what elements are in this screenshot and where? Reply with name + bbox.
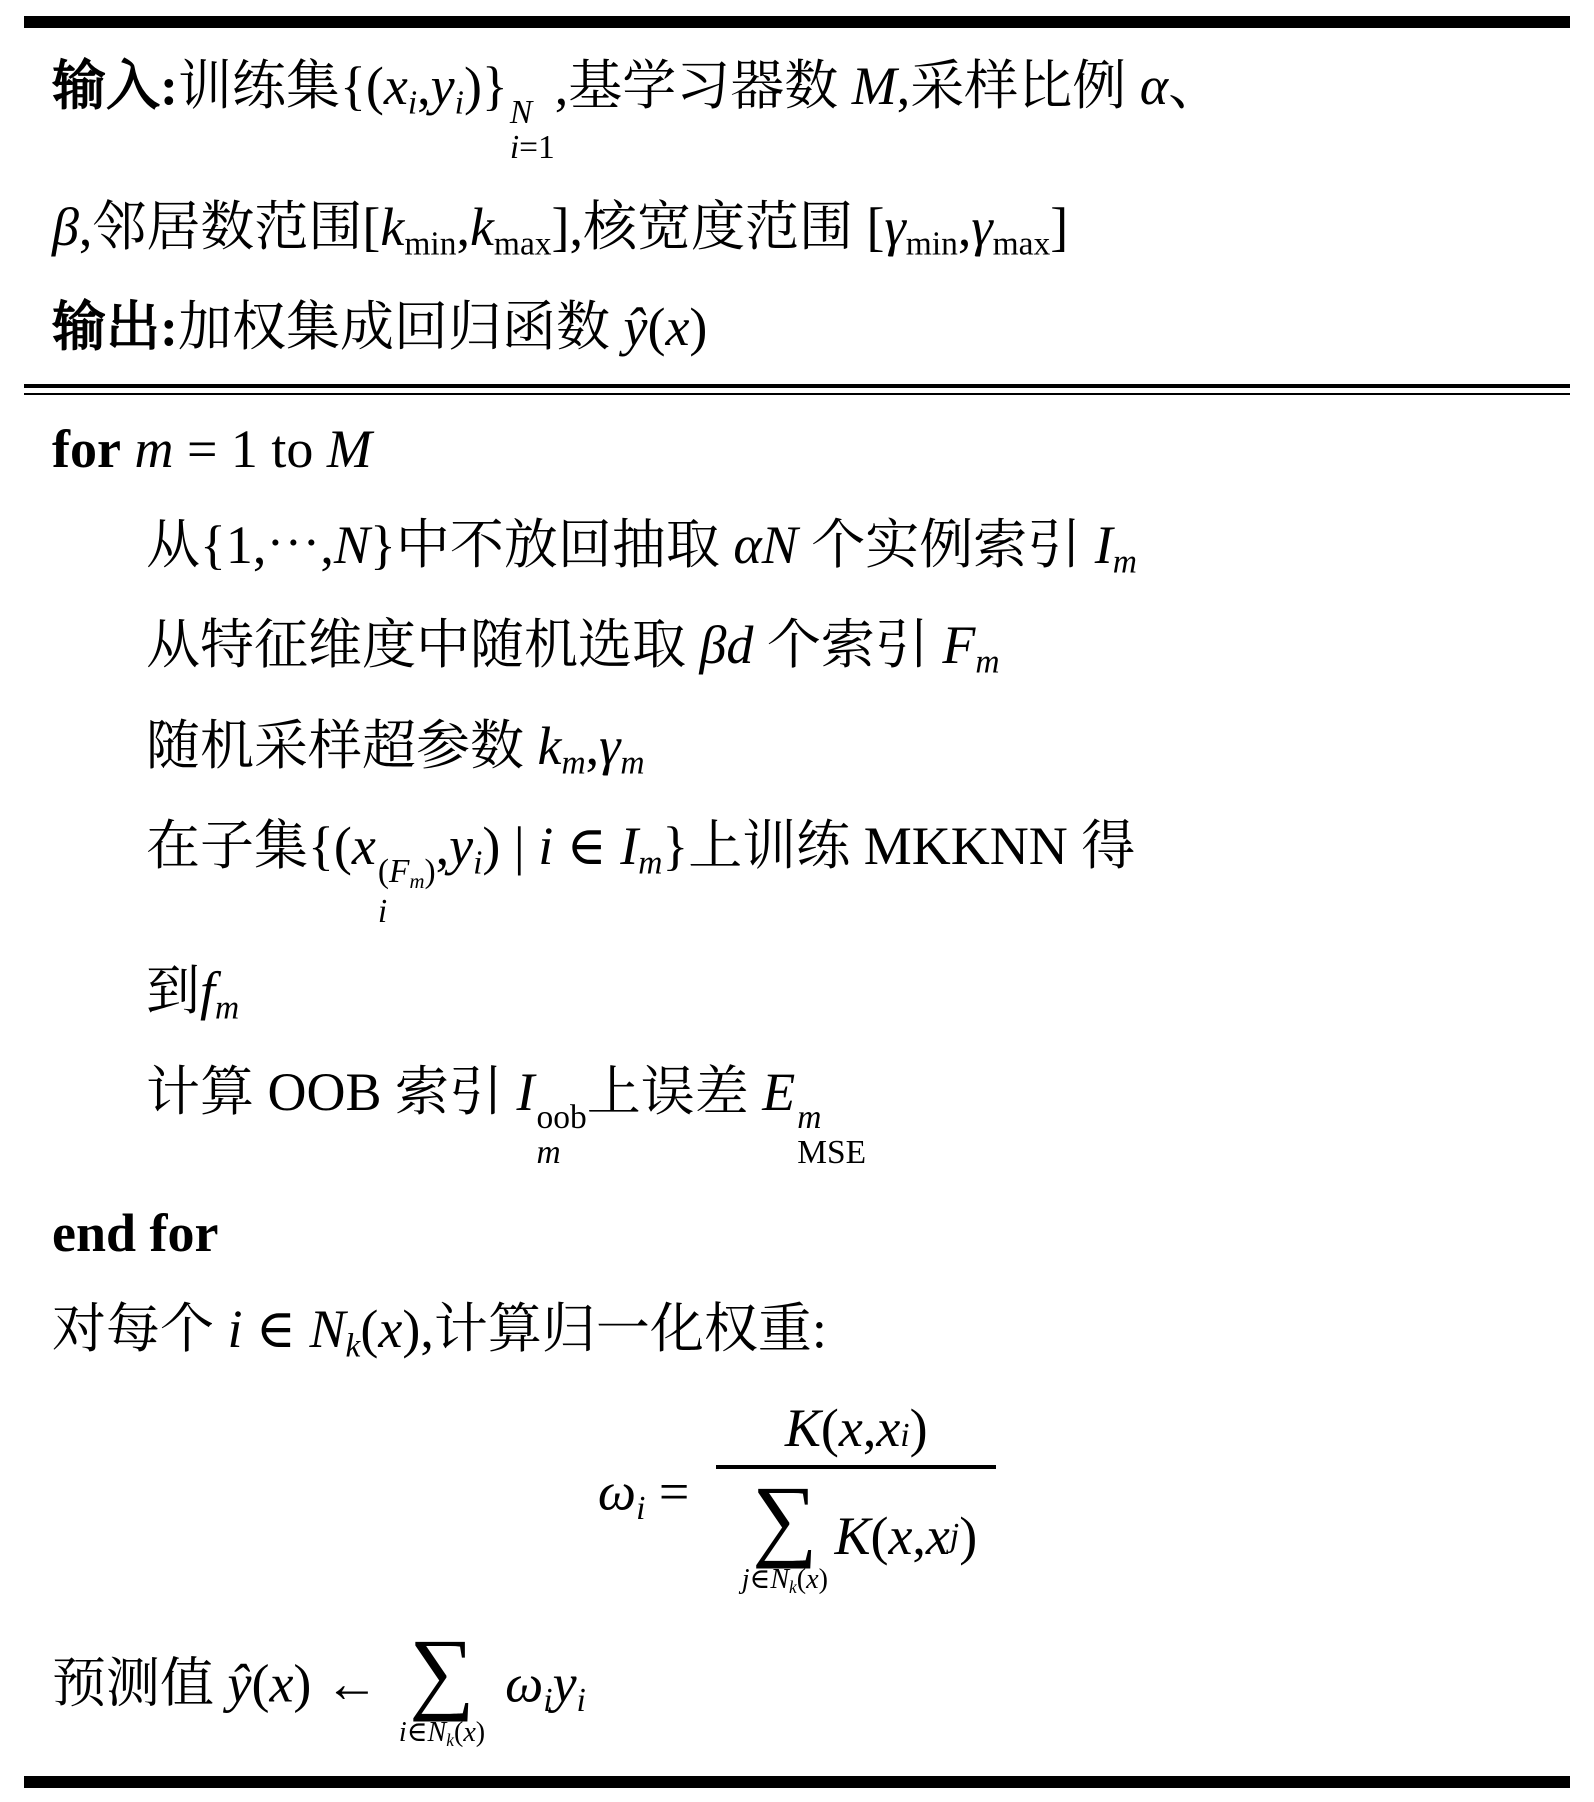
- math-token: i: [228, 1299, 243, 1359]
- math-token: x: [665, 297, 689, 357]
- superscript: (Fm): [378, 854, 436, 894]
- math-token: x: [926, 1505, 950, 1567]
- math-token: (: [251, 1653, 269, 1713]
- algo-sample-hyperparams-line: 随机采样超参数 km,γm: [24, 704, 1570, 794]
- math-token: k: [446, 1730, 454, 1750]
- math-token: ,: [586, 716, 600, 776]
- fraction-denominator: ∑j∈Nk(x) K(x,xj): [716, 1465, 996, 1598]
- script-stack: mMSE: [797, 1100, 866, 1170]
- math-token: γ: [885, 197, 906, 257]
- math-token: end for: [52, 1203, 218, 1263]
- math-token: 随机采样超参数: [146, 716, 538, 776]
- math-token: =: [645, 1462, 702, 1522]
- math-token: MSE: [797, 1134, 866, 1171]
- algorithm-box: 输入:训练集{(xi,yi)}Ni=1,基学习器数 M,采样比例 α、 β,邻居…: [0, 0, 1594, 1802]
- math-token: N: [334, 515, 370, 575]
- math-token: ∈: [750, 1564, 771, 1595]
- superscript: m: [797, 1100, 821, 1135]
- math-token: x: [352, 816, 376, 876]
- math-token: ,: [417, 56, 431, 116]
- math-token: m: [975, 644, 999, 681]
- math-token: ): [689, 297, 707, 357]
- superscript: N: [510, 95, 532, 130]
- math-token: α: [1140, 56, 1168, 116]
- algo-train-line: 在子集{(x(Fm)i,yi) | i ∈ Im}上训练 MKKNN 得: [24, 804, 1570, 939]
- math-token: k: [380, 197, 404, 257]
- math-token: min: [906, 225, 958, 262]
- algorithm-content: 输入:训练集{(xi,yi)}Ni=1,基学习器数 M,采样比例 α、 β,邻居…: [24, 28, 1570, 1776]
- math-token: k: [789, 1577, 797, 1597]
- math-token: [492, 1653, 506, 1713]
- summation-limits: i∈Nk(x): [399, 1717, 485, 1750]
- math-token: ): [910, 1397, 928, 1459]
- math-token: f: [200, 961, 215, 1021]
- math-token: 上误差: [587, 1062, 763, 1122]
- math-token: }上训练 MKKNN 得: [662, 816, 1135, 876]
- math-token: i: [455, 85, 464, 122]
- math-token: )}: [464, 56, 508, 116]
- math-token: ŷ: [228, 1653, 252, 1713]
- math-token: (: [378, 853, 389, 890]
- math-token: i: [900, 1417, 909, 1456]
- math-token: N: [510, 94, 532, 131]
- math-token: ) |: [482, 816, 538, 876]
- math-token: i: [543, 1681, 552, 1718]
- math-token: 加权集成回归函数: [178, 297, 624, 357]
- algo-weights-line: 对每个 i ∈ Nk(x),计算归一化权重:: [24, 1287, 1570, 1377]
- math-token: k: [538, 716, 562, 776]
- math-token: [121, 419, 135, 479]
- math-token: x: [839, 1397, 863, 1459]
- subscript: i=1: [510, 130, 555, 165]
- math-token: m: [1113, 543, 1137, 580]
- math-token: ,: [912, 1505, 926, 1567]
- math-token: ,邻居数范围[: [79, 197, 380, 257]
- math-token: 对每个: [52, 1299, 228, 1359]
- math-token: ],核宽度范围 [: [552, 197, 885, 257]
- math-token: m: [409, 871, 424, 893]
- math-token: ω: [505, 1653, 543, 1713]
- algo-train-line-cont: 到fm: [24, 949, 1570, 1039]
- math-token: oob: [537, 1099, 587, 1136]
- math-token: ω: [598, 1462, 636, 1522]
- math-token: =1: [519, 129, 555, 166]
- script-stack: oobm: [537, 1100, 587, 1170]
- math-token: x: [876, 1397, 900, 1459]
- math-token: K: [834, 1505, 870, 1567]
- math-token: j: [742, 1564, 750, 1595]
- math-token: ,: [863, 1397, 877, 1459]
- math-token: ∈: [553, 816, 620, 876]
- math-token: max: [993, 225, 1051, 262]
- math-token: m: [638, 844, 662, 881]
- top-rule: [24, 16, 1570, 28]
- math-token: 计算 OOB 索引: [146, 1062, 517, 1122]
- math-token: 从特征维度中随机选取: [146, 615, 700, 675]
- math-token: ,采样比例: [897, 56, 1140, 116]
- math-token: i: [399, 1717, 407, 1748]
- math-token: N: [427, 1717, 446, 1748]
- algo-input-line-cont: β,邻居数范围[kmin,kmax],核宽度范围 [γmin,γmax]: [24, 185, 1570, 275]
- algo-end-for-line: end for: [24, 1191, 1570, 1277]
- math-token: = 1 to: [173, 419, 326, 479]
- math-token: m: [215, 990, 239, 1027]
- math-token: I: [1095, 515, 1113, 575]
- math-token: min: [404, 225, 456, 262]
- math-token: 到: [146, 961, 200, 1021]
- math-token: i: [577, 1681, 586, 1718]
- math-token: m: [561, 744, 585, 781]
- math-token: m: [620, 744, 644, 781]
- math-token: k: [470, 197, 494, 257]
- math-token: (: [647, 297, 665, 357]
- math-token: ): [959, 1505, 977, 1567]
- math-token: ) ←: [293, 1653, 392, 1713]
- math-token: 输入:: [52, 56, 178, 116]
- math-token: γ: [971, 197, 992, 257]
- math-token: }中不放回抽取: [370, 515, 733, 575]
- math-token: βd: [700, 615, 754, 675]
- summation-limits: j∈Nk(x): [742, 1564, 828, 1597]
- math-token: I: [517, 1062, 535, 1122]
- math-token: αN: [733, 515, 797, 575]
- math-token: ,: [958, 197, 972, 257]
- math-token: x: [384, 56, 408, 116]
- math-token: x: [463, 1717, 475, 1748]
- header-divider-rule: [24, 384, 1570, 395]
- math-token: 、: [1168, 56, 1222, 116]
- algo-output-line: 输出:加权集成回归函数 ŷ(x): [24, 285, 1570, 371]
- math-token: for: [52, 419, 121, 479]
- algo-input-line: 输入:训练集{(xi,yi)}Ni=1,基学习器数 M,采样比例 α、: [24, 44, 1570, 175]
- math-token: ,基学习器数: [555, 56, 852, 116]
- math-token: F: [942, 615, 975, 675]
- script-stack: (Fm)i: [378, 854, 436, 929]
- math-token: 输出:: [52, 297, 178, 357]
- summation: ∑j∈Nk(x): [742, 1475, 828, 1597]
- superscript: oob: [537, 1100, 587, 1135]
- math-token: ,: [456, 197, 470, 257]
- math-token: i: [510, 129, 519, 166]
- math-token: x: [806, 1564, 818, 1595]
- algo-for-line: for m = 1 to M: [24, 407, 1570, 493]
- algo-oob-error-line: 计算 OOB 索引 Ioobm上误差 EmMSE: [24, 1050, 1570, 1181]
- math-token: N: [310, 1299, 346, 1359]
- math-token: x: [269, 1653, 293, 1713]
- math-token: γ: [599, 716, 620, 776]
- math-token: y: [449, 816, 473, 876]
- math-token: ∈: [243, 1299, 310, 1359]
- math-token: ]: [1050, 197, 1068, 257]
- math-token: E: [762, 1062, 795, 1122]
- math-token: ∈: [407, 1717, 428, 1748]
- math-token: j: [950, 1517, 959, 1556]
- math-token: 个实例索引: [798, 515, 1095, 575]
- math-token: (: [870, 1505, 888, 1567]
- math-token: M: [327, 419, 372, 479]
- math-token: k: [346, 1327, 361, 1364]
- math-token: β: [52, 197, 79, 257]
- math-token: x: [378, 1299, 402, 1359]
- sigma-symbol: ∑: [409, 1628, 474, 1715]
- math-token: ): [424, 853, 435, 890]
- fraction: K(x,xi)∑j∈Nk(x) K(x,xj): [716, 1397, 996, 1597]
- math-token: x: [888, 1505, 912, 1567]
- script-stack: Ni=1: [510, 95, 555, 165]
- math-token: i: [636, 1490, 645, 1527]
- math-token: y: [431, 56, 455, 116]
- math-token: 训练集: [178, 56, 340, 116]
- math-token: (: [797, 1564, 806, 1595]
- algo-sample-features-line: 从特征维度中随机选取 βd 个索引 Fm: [24, 603, 1570, 693]
- math-token: (: [454, 1717, 463, 1748]
- math-token: M: [852, 56, 897, 116]
- math-token: N: [770, 1564, 789, 1595]
- math-token: y: [553, 1653, 577, 1713]
- math-token: 个索引: [753, 615, 942, 675]
- algo-prediction-line: 预测值 ŷ(x) ← ∑i∈Nk(x) ωiyi: [24, 1618, 1570, 1760]
- math-token: i: [408, 85, 417, 122]
- math-token: m: [537, 1134, 561, 1171]
- math-token: 在子集{(: [146, 816, 352, 876]
- math-token: (: [360, 1299, 378, 1359]
- subscript: i: [378, 894, 387, 929]
- math-token: ,: [436, 816, 450, 876]
- subscript: m: [537, 1135, 561, 1170]
- math-token: ),计算归一化权重:: [402, 1299, 827, 1359]
- math-token: m: [797, 1099, 821, 1136]
- subscript: MSE: [797, 1135, 866, 1170]
- math-token: i: [538, 816, 553, 876]
- math-token: m: [134, 419, 173, 479]
- math-token: I: [620, 816, 638, 876]
- math-token: F: [389, 853, 409, 890]
- math-token: ): [476, 1717, 485, 1748]
- math-token: {(: [340, 56, 384, 116]
- math-token: 预测值: [52, 1653, 228, 1713]
- math-token: ŷ: [623, 297, 647, 357]
- summation: ∑i∈Nk(x): [399, 1628, 485, 1750]
- sigma-symbol: ∑: [752, 1475, 817, 1562]
- math-token: max: [494, 225, 552, 262]
- bottom-rule: [24, 1776, 1570, 1788]
- algo-sample-instances-line: 从{1,⋯,N}中不放回抽取 αN 个实例索引 Im: [24, 503, 1570, 593]
- algo-weight-formula: ωi = K(x,xi)∑j∈Nk(x) K(x,xj): [24, 1387, 1570, 1607]
- math-token: (: [821, 1397, 839, 1459]
- math-token: i: [378, 893, 387, 930]
- fraction-numerator: K(x,xi): [766, 1397, 947, 1464]
- math-token: ): [819, 1564, 828, 1595]
- math-token: 从{1,⋯,: [146, 515, 334, 575]
- math-token: K: [785, 1397, 821, 1459]
